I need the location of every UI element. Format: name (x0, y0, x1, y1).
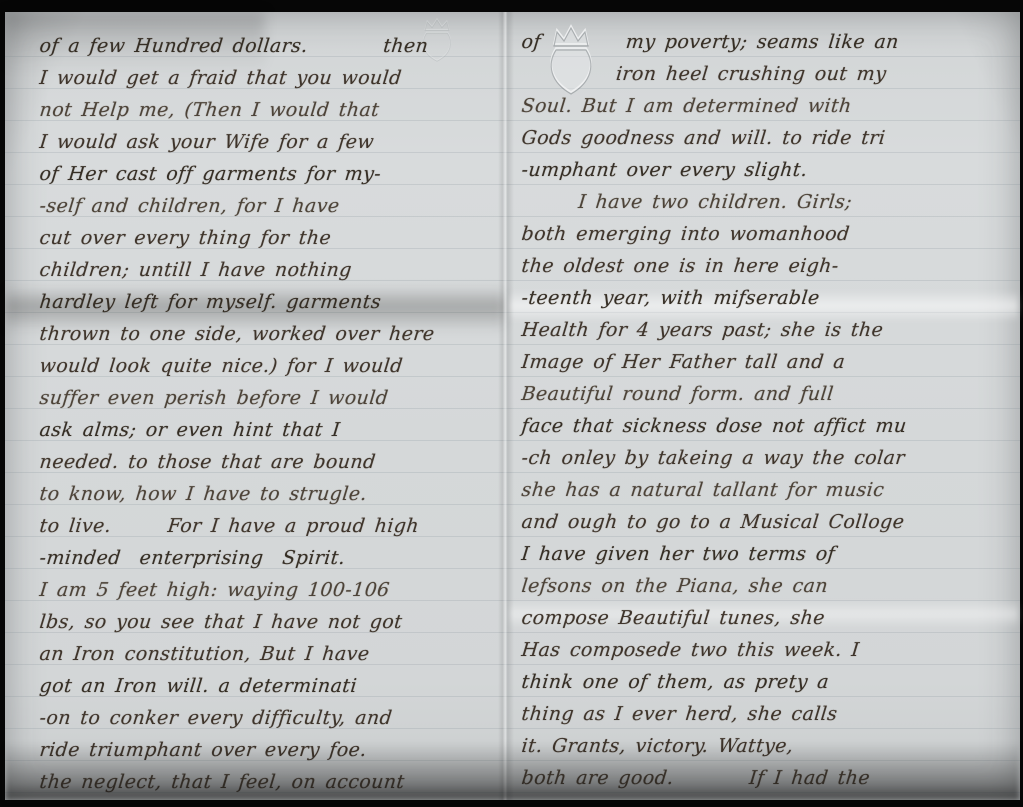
letter-page-left: of a few Hundred dollars. thenI would ge… (38, 30, 508, 798)
handwritten-line: thrown to one side, worked over here (38, 318, 511, 350)
handwritten-line: ride triumphant over every foe. (38, 734, 511, 766)
handwritten-line: -teenth year, with mifserable (520, 282, 1023, 314)
handwritten-line: hardley left for myself. garments (38, 286, 511, 318)
handwritten-line: suffer even perish before I would (38, 382, 511, 414)
handwritten-line: Beautiful round form. and full (520, 378, 1023, 410)
handwritten-line: -self and children, for I have (38, 190, 511, 222)
handwritten-line: the oldest one is in here eigh- (520, 250, 1023, 282)
handwritten-line: -ch onley by takeing a way the colar (520, 442, 1023, 474)
handwritten-line: I have two children. Girls; (520, 186, 1023, 218)
handwritten-line: lbs, so you see that I have not got (38, 606, 511, 638)
handwritten-line: lefsons on the Piana, she can (520, 570, 1023, 602)
handwritten-line: to know, how I have to strugle. (38, 478, 511, 510)
handwritten-line: Image of Her Father tall and a (520, 346, 1023, 378)
handwritten-line: of Her cast off garments for my- (38, 158, 511, 190)
handwritten-line: -on to conker every difficulty, and (38, 702, 511, 734)
handwritten-line: cut over every thing for the (38, 222, 511, 254)
handwritten-line: got an Iron will. a determinati (38, 670, 511, 702)
handwritten-line: I am 5 feet high: waying 100-106 (38, 574, 511, 606)
handwritten-line: ask alms; or even hint that I (38, 414, 511, 446)
handwritten-line: I would ask your Wife for a few (38, 126, 511, 158)
handwritten-line: both emerging into womanhood (520, 218, 1023, 250)
handwritten-line: both are good. If I had the (520, 762, 1023, 794)
handwritten-line: Health for 4 years past; she is the (520, 314, 1023, 346)
handwritten-line: not Help me, (Then I would that (38, 94, 511, 126)
handwritten-line: face that sickness dose not affict mu (520, 410, 1023, 442)
letter-scan: of a few Hundred dollars. thenI would ge… (0, 0, 1023, 807)
handwritten-line: Gods goodness and will. to ride tri (520, 122, 1023, 154)
handwritten-line: Has composede two this week. I (520, 634, 1023, 666)
handwritten-line: would look quite nice.) for I would (38, 350, 511, 382)
letter-page-right: of my poverty; seams like an iron heel c… (520, 26, 1020, 794)
handwritten-line: to live. For I have a proud high (38, 510, 511, 542)
handwritten-line: it. Grants, victory. Wattye, (520, 730, 1023, 762)
handwritten-line: I have given her two terms of (520, 538, 1023, 570)
handwritten-line: -umphant over every slight. (520, 154, 1023, 186)
handwritten-line: children; untill I have nothing (38, 254, 511, 286)
handwritten-line: and ough to go to a Musical Colloge (520, 506, 1023, 538)
handwritten-line: Soul. But I am determined with (520, 90, 1023, 122)
handwritten-line: an Iron constitution, But I have (38, 638, 511, 670)
handwritten-line: think one of them, as prety a (520, 666, 1023, 698)
handwritten-line: the neglect, that I feel, on account (38, 766, 511, 798)
handwritten-line: she has a natural tallant for music (520, 474, 1023, 506)
handwritten-line: thing as I ever herd, she calls (520, 698, 1023, 730)
handwritten-line: needed. to those that are bound (38, 446, 511, 478)
handwritten-line: of my poverty; seams like an (520, 26, 1023, 58)
handwritten-line: -minded enterprising Spirit. (38, 542, 511, 574)
handwritten-line: I would get a fraid that you would (38, 62, 511, 94)
handwritten-line: compose Beautiful tunes, she (520, 602, 1023, 634)
handwritten-line: of a few Hundred dollars. then (38, 30, 511, 62)
handwritten-line: iron heel crushing out my (520, 58, 1023, 90)
